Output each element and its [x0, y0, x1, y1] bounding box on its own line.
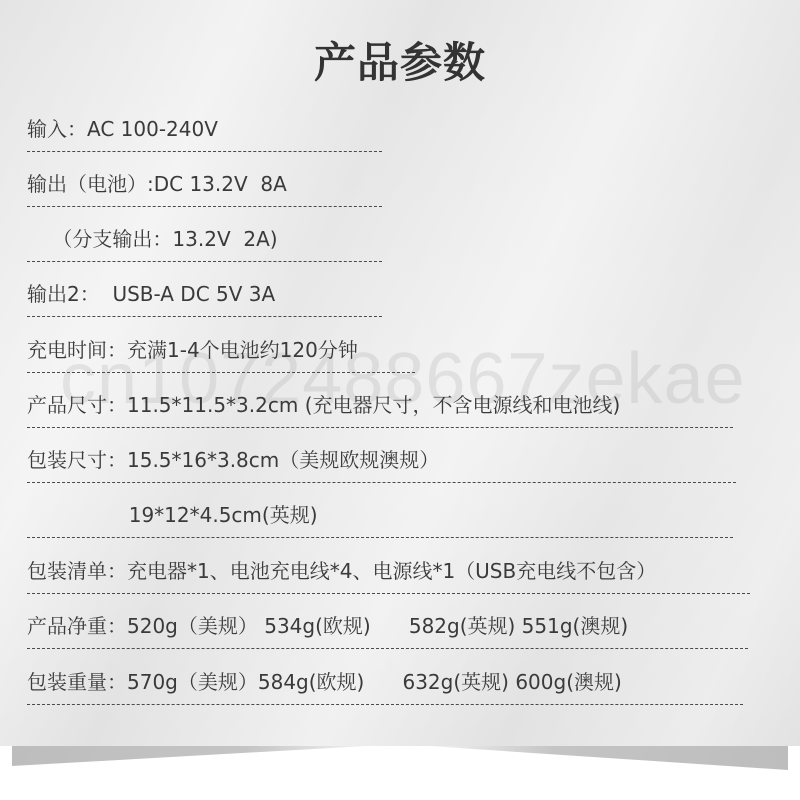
spec-text: 19*12*4.5cm(英规)	[27, 499, 318, 528]
dashed-divider	[27, 427, 733, 428]
page-title: 产品参数	[0, 30, 800, 90]
dashed-divider	[27, 593, 750, 594]
panel-shadow-right	[398, 744, 788, 770]
spec-text: （分支输出：13.2V 2A)	[27, 223, 278, 252]
dashed-divider	[27, 482, 736, 483]
dashed-divider	[27, 151, 382, 152]
dashed-divider	[27, 206, 382, 207]
spec-text: 包装重量：570g（美规）584g(欧规) 632g(英规) 600g(澳规)	[27, 666, 622, 695]
dashed-divider	[27, 648, 748, 649]
dashed-divider	[27, 704, 743, 705]
spec-text: 输入：AC 100-240V	[27, 113, 218, 142]
spec-text: 充电时间：充满1-4个电池约120分钟	[27, 334, 358, 363]
spec-text: 包装尺寸：15.5*16*3.8cm（美规欧规澳规）	[27, 444, 439, 473]
dashed-divider	[27, 316, 382, 317]
spec-text: 产品尺寸：11.5*11.5*3.2cm (充电器尺寸，不含电源线和电池线)	[27, 389, 620, 418]
dashed-divider	[27, 537, 733, 538]
panel-shadow-left	[12, 744, 402, 766]
spec-text: 产品净重：520g（美规） 534g(欧规) 582g(英规) 551g(澳规)	[27, 610, 628, 639]
dashed-divider	[27, 372, 415, 373]
spec-text: 包装清单：充电器*1、电池充电线*4、电源线*1（USB充电线不包含）	[27, 555, 656, 584]
spec-text: 输出2： USB-A DC 5V 3A	[27, 278, 275, 307]
dashed-divider	[27, 261, 382, 262]
spec-text: 输出（电池）:DC 13.2V 8A	[27, 168, 287, 197]
